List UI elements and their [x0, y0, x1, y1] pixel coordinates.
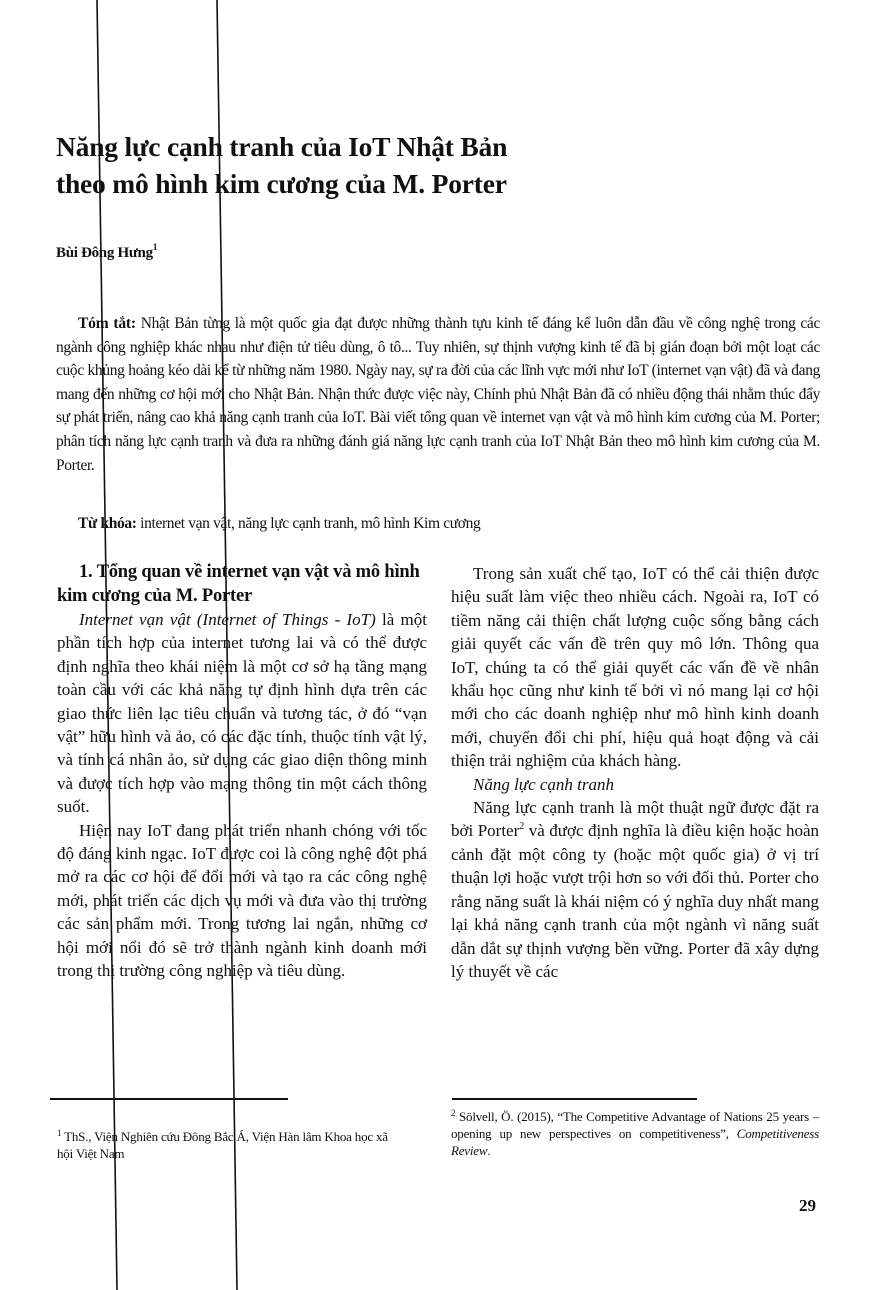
abstract: Tóm tắt: Nhật Bản từng là một quốc gia đ… [56, 312, 820, 477]
author-footnote-mark: 1 [153, 242, 157, 252]
right-column: Trong sản xuất chế tạo, IoT có thể cải t… [451, 560, 819, 983]
paragraph-iot-manufacturing: Trong sản xuất chế tạo, IoT có thể cải t… [451, 562, 819, 773]
keywords-label: Từ khóa: [78, 515, 137, 532]
author-text: Bùi Đông Hưng [56, 245, 153, 261]
title-line-2: theo mô hình kim cương của M. Porter [56, 165, 676, 202]
left-column: 1. Tổng quan về internet vạn vật và mô h… [57, 560, 427, 983]
paper-page: Năng lực cạnh tranh của IoT Nhật Bản the… [0, 0, 890, 1290]
subheading-text: Năng lực cạnh tranh [473, 775, 614, 794]
paragraph-iot-definition: Internet vạn vật (Internet of Things - I… [57, 608, 427, 819]
keywords-text: internet vạn vật, năng lực cạnh tranh, m… [137, 515, 481, 532]
footnote-separator-right [452, 1098, 697, 1100]
subheading-competitiveness: Năng lực cạnh tranh [451, 773, 819, 796]
competitiveness-text-2: và được định nghĩa là điều kiện hoặc hoà… [451, 821, 819, 980]
footnote-1-text: ThS., Viện Nghiên cứu Đông Bắc Á, Viện H… [57, 1129, 388, 1161]
footnote-1: 1 ThS., Viện Nghiên cứu Đông Bắc Á, Viện… [57, 1128, 397, 1162]
keywords: Từ khóa: internet vạn vật, năng lực cạnh… [56, 512, 820, 535]
author-name: Bùi Đông Hưng1 [56, 242, 157, 262]
title-line-1: Năng lực cạnh tranh của IoT Nhật Bản [56, 128, 676, 165]
iot-term: Internet vạn vật (Internet of Things - I… [79, 610, 376, 629]
abstract-text: Nhật Bản từng là một quốc gia đạt được n… [56, 315, 820, 474]
footnote-2: 2 Sölvell, Ö. (2015), “The Competitive A… [451, 1108, 819, 1159]
section-heading: 1. Tổng quan về internet vạn vật và mô h… [57, 560, 427, 608]
paragraph-competitiveness: Năng lực cạnh tranh là một thuật ngữ đượ… [451, 796, 819, 983]
page-number: 29 [799, 1196, 816, 1216]
footnote-separator-left [50, 1098, 288, 1100]
iot-definition-text: là một phần tích hợp của internet tương … [57, 610, 427, 816]
paragraph-iot-growth: Hiện nay IoT đang phát triển nhanh chóng… [57, 819, 427, 983]
abstract-label: Tóm tắt: [78, 315, 136, 332]
footnote-2-end: . [487, 1143, 490, 1158]
article-title: Năng lực cạnh tranh của IoT Nhật Bản the… [56, 128, 676, 202]
